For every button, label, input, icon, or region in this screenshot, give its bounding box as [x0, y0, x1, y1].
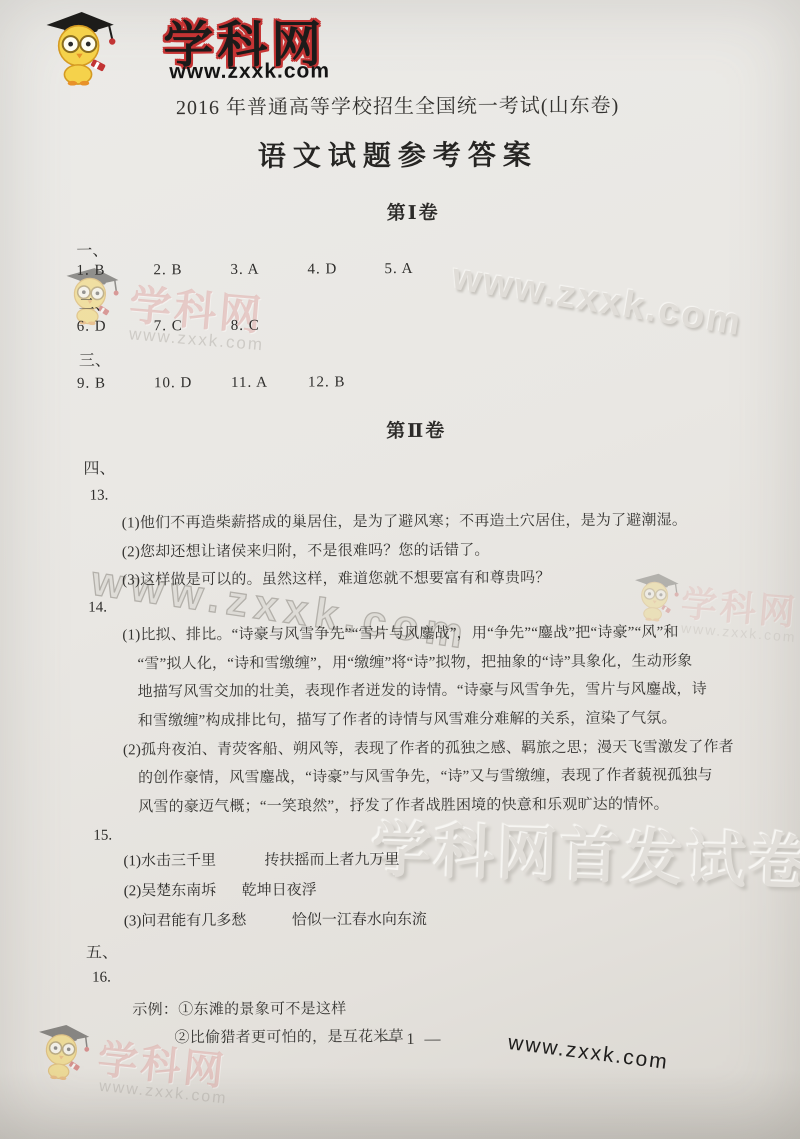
scanned-answer-sheet: www.zxxk.com www.zxxk.com 学科网首发试卷 学科网 ww…: [0, 0, 800, 1139]
zxxk-logo: 学科网 www.zxxk.com: [33, 2, 363, 88]
answer-line: (1)他们不再造柴薪搭成的巢居住，是为了避风寒；不再造土穴居住，是为了避潮湿。: [122, 506, 800, 538]
question-15-number: 15.: [93, 828, 112, 845]
answer-row-3: 9. B10. D11. A12. B: [77, 373, 385, 393]
question-15-item-2: (2)吴楚东南坼 乾坤日夜浮: [124, 876, 724, 900]
exam-title: 2016 年普通高等学校招生全国统一考试(山东卷): [0, 88, 798, 121]
question-14-number: 14.: [88, 600, 107, 617]
answer-4: 4. D: [307, 261, 384, 278]
answer-line: “雪”拟人化，“诗和雪缴缠”，用“缴缠”将“诗”拟物，把抽象的“诗”具象化，生动…: [137, 647, 800, 679]
answer-11: 11. A: [231, 374, 308, 391]
mascot-icon: [35, 5, 125, 85]
page-number: — 1 —: [380, 1031, 443, 1049]
question-14-answer: (1)比拟、排比。“诗豪与风雪争先”“雪片与风鏖战”，用“争先”“鏖战”把“诗豪…: [0, 618, 800, 823]
answer-line: 地描写风雪交加的壮美，表现作者迸发的诗情。“诗豪与风雪争先，雪片与风鏖战，诗: [138, 675, 800, 707]
answer-line: (1)比拟、排比。“诗豪与风雪争先”“雪片与风鏖战”，用“争先”“鏖战”把“诗豪…: [122, 618, 800, 650]
answer-sheet-title: 语文试题参考答案: [0, 132, 798, 176]
answer-line: (3)这样做是可以的。虽然这样，难道您就不想要富有和尊贵吗？: [122, 563, 800, 595]
answer-6: 6. D: [77, 318, 154, 335]
answer-9: 9. B: [77, 375, 154, 392]
answer-line: 风雪的豪迈气概；“一笑琅然”，抒发了作者战胜困境的快意和乐观旷达的情怀。: [138, 790, 800, 822]
question-15-item-1: (1)水击三千里 抟扶摇而上者九万里: [123, 846, 723, 870]
verse-second-half: 乾坤日夜浮: [242, 878, 317, 899]
answer-row-2: 6. D7. C8. C: [77, 316, 308, 335]
section-3-label: 三、: [79, 348, 111, 371]
mascot-icon: [30, 1017, 96, 1083]
answer-line: 的创作豪情，风雪鏖战，“诗豪”与风雪争先，“诗”又与雪缴缠，表现了作者藐视孤独与: [138, 761, 800, 793]
answer-row-1: 1. B2. B3. A4. D5. A: [76, 260, 461, 280]
verse-second-half: 恰似一江春水向东流: [292, 908, 427, 930]
logo-url: www.zxxk.com: [169, 59, 330, 84]
verse-first-half: (1)水击三千里: [123, 853, 216, 869]
section-1-label: 一、: [76, 238, 108, 261]
answer-10: 10. D: [154, 375, 231, 392]
footer-site-url: www.zxxk.com: [507, 1031, 670, 1075]
question-13-answer: (1)他们不再造柴薪搭成的巢居住，是为了避风寒；不再造土穴居住，是为了避潮湿。 …: [0, 506, 800, 596]
answer-7: 7. C: [154, 318, 231, 335]
answer-2: 2. B: [153, 262, 230, 279]
answer-line: (2)孤舟夜泊、青荧客船、朔风等，表现了作者的孤独之感、羁旅之思；漫天飞雪激发了…: [123, 733, 800, 765]
question-16-example-1: 示例：①东滩的景象可不是这样: [132, 997, 346, 1019]
answer-1: 1. B: [76, 262, 153, 279]
verse-first-half: (2)吴楚东南坼: [124, 883, 217, 899]
watermark-site-large: www.zxxk.com: [449, 256, 745, 345]
question-16-example-2: ②比偷猎者更可怕的，是互花米草: [174, 1025, 404, 1047]
question-15-item-3: (3)问君能有几多愁 恰似一江春水向东流: [124, 906, 724, 930]
answer-3: 3. A: [230, 261, 307, 278]
section-5-label: 五、: [86, 939, 118, 962]
section-4-label: 四、: [83, 455, 115, 478]
answer-line: (2)您却还想让诸侯来归附，不是很难吗？您的话错了。: [122, 535, 800, 567]
answer-5: 5. A: [384, 261, 461, 278]
answer-8: 8. C: [231, 317, 308, 334]
section-2-label: 二、: [79, 292, 111, 315]
verse-first-half: (3)问君能有几多愁: [124, 913, 247, 930]
answer-line: 和雪缴缠”构成排比句，描写了作者的诗情与风雪难分难解的关系，渲染了气氛。: [138, 704, 800, 736]
part2-heading: 第Ⅱ卷: [0, 414, 799, 445]
answer-12: 12. B: [308, 374, 385, 391]
question-13-number: 13.: [90, 488, 109, 505]
question-16-number: 16.: [92, 970, 111, 987]
part1-heading: 第Ⅰ卷: [0, 196, 798, 227]
verse-second-half: 抟扶摇而上者九万里: [264, 848, 399, 870]
